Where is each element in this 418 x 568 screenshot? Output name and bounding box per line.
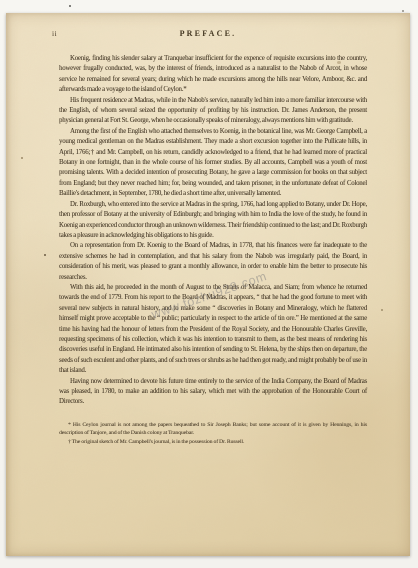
page-title: PREFACE.: [6, 29, 410, 38]
footnote: † The original sketch of Mr. Campbell's …: [59, 438, 367, 446]
scanned-book-photo: ii PREFACE. Koenig, finding his slender …: [0, 0, 418, 568]
footnote: * His Ceylon journal is not among the pa…: [59, 421, 367, 438]
preface-body: Koenig, finding his slender salary at Tr…: [59, 54, 367, 446]
paragraph: On a representation from Dr. Koenig to t…: [59, 241, 367, 283]
paragraph: Koenig, finding his slender salary at Tr…: [59, 54, 367, 96]
paragraph: Among the first of the English who attac…: [59, 127, 367, 200]
paragraph: His frequent residence at Madras, while …: [59, 96, 367, 127]
paragraph: Having now determined to devote his futu…: [59, 377, 367, 408]
ink-speck: [69, 5, 71, 7]
paragraph: Dr. Roxburgh, who entered into the servi…: [59, 200, 367, 242]
ink-speck: [402, 10, 404, 12]
footnotes: * His Ceylon journal is not among the pa…: [59, 421, 367, 446]
paragraph: With this aid, he proceeded in the month…: [59, 283, 367, 377]
